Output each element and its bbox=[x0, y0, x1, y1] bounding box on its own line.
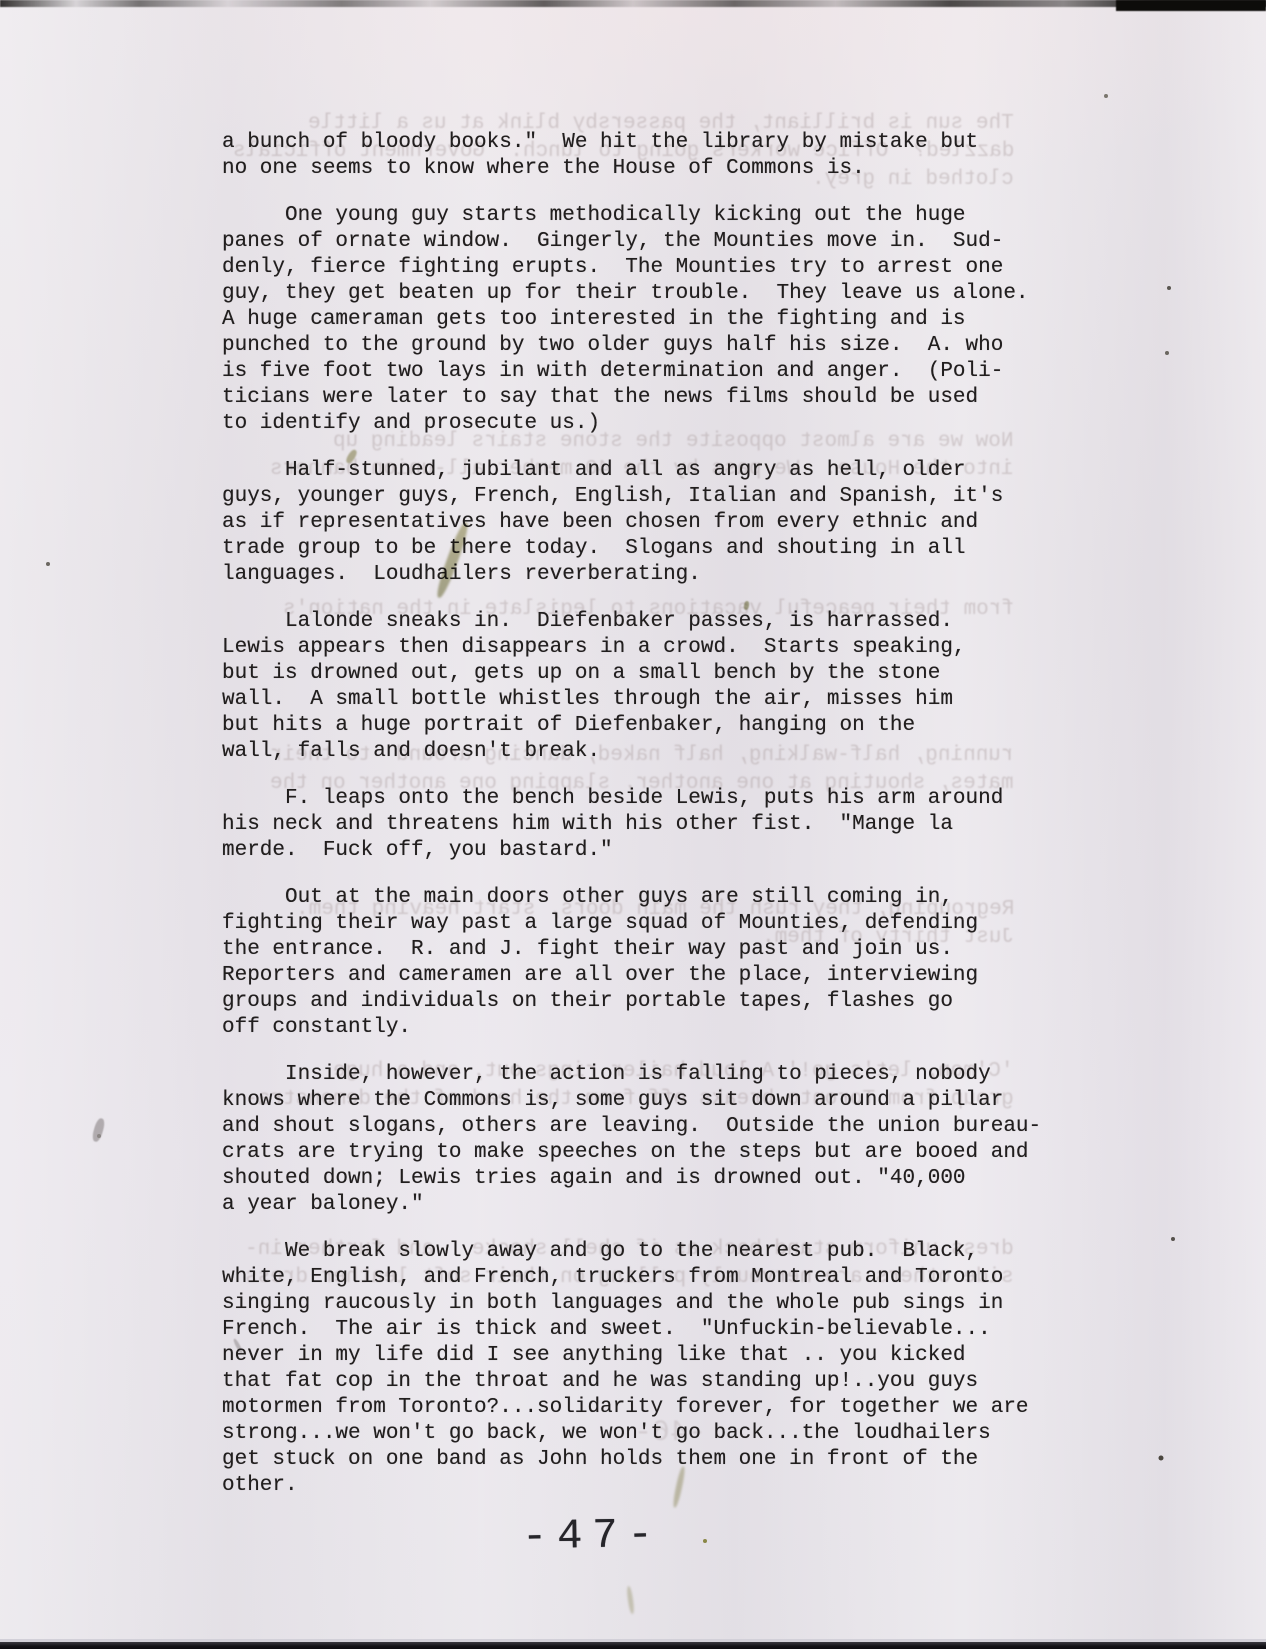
ink-smudge bbox=[626, 1586, 635, 1614]
pencil-mark bbox=[91, 1117, 106, 1143]
scan-edge-top-right bbox=[1116, 0, 1266, 11]
scan-edge-bottom bbox=[0, 1642, 1266, 1649]
scanned-page: The sun is brilliant, the passersby blin… bbox=[0, 0, 1266, 1649]
typed-paragraph: a bunch of bloody books." We hit the lib… bbox=[222, 130, 1082, 182]
typed-paragraph: Out at the main doors other guys are sti… bbox=[222, 885, 1082, 1041]
typed-paragraph: F. leaps onto the bench beside Lewis, pu… bbox=[222, 786, 1082, 864]
scan-edge-top bbox=[0, 0, 1266, 7]
typed-paragraph: We break slowly away and go to the neare… bbox=[222, 1239, 1082, 1499]
typed-paragraph: Inside, however, the action is falling t… bbox=[222, 1062, 1082, 1218]
typed-paragraph: One young guy starts methodically kickin… bbox=[222, 203, 1082, 437]
page-number: -47- bbox=[522, 1511, 664, 1561]
typed-paragraph: Half-stunned, jubilant and all as angry … bbox=[222, 458, 1082, 588]
typed-text-block: a bunch of bloody books." We hit the lib… bbox=[222, 130, 1082, 1499]
typed-paragraph: Lalonde sneaks in. Diefenbaker passes, i… bbox=[222, 609, 1082, 765]
